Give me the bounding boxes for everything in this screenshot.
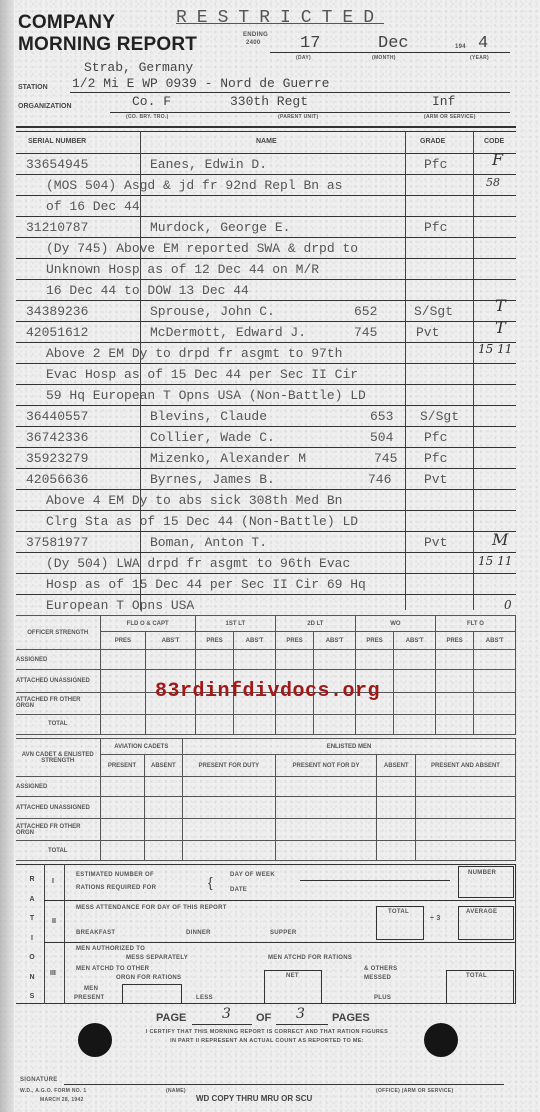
row-serial: 36440557 — [26, 409, 88, 424]
year-prefix: 194 — [455, 44, 466, 50]
atchd-label-2: ORGN FOR RATIONS — [116, 975, 181, 981]
plus-label: PLUS — [374, 995, 391, 1001]
table-rule — [16, 237, 516, 238]
row-remark: (Dy 504) LWA drpd fr asgmt to 96th Evac — [46, 556, 350, 571]
row-serial: 37581977 — [26, 535, 88, 550]
signature-label: SIGNATURE — [20, 1077, 58, 1083]
table-header-rule — [16, 153, 516, 154]
row-serial: 42051612 — [26, 325, 88, 340]
row-serial: 42056636 — [26, 472, 88, 487]
year-caption: (YEAR) — [470, 55, 489, 61]
row-remark: European T Opns USA — [46, 598, 194, 613]
row-label: TOTAL — [16, 841, 100, 861]
row-grade: Pfc — [424, 220, 447, 235]
header-separator-2 — [16, 131, 516, 132]
row-name: Boman, Anton T. — [150, 535, 267, 550]
row-serial: 31210787 — [26, 220, 88, 235]
row-remark: Above 4 EM Dy to abs sick 308th Med Bn — [46, 493, 342, 508]
col-header: ABSENT — [144, 755, 183, 777]
form-date: MARCH 28, 1942 — [40, 1097, 84, 1103]
auth-label-1: MEN AUTHORIZED TO — [76, 946, 145, 952]
row-grade: Pvt — [416, 325, 439, 340]
table-rule — [16, 321, 516, 322]
row-label: ASSIGNED — [16, 777, 100, 797]
of-label: OF — [256, 1012, 271, 1024]
pages-total: 3 — [296, 1006, 305, 1022]
auth-label-2: MESS SEPARATELY — [126, 955, 188, 961]
organization-underline — [110, 112, 510, 113]
station-underline — [70, 92, 510, 93]
margin-note: T — [495, 296, 506, 315]
row-mos: 745 — [374, 451, 397, 466]
table-rule — [16, 426, 516, 427]
row-label: ATTACHED UNASSIGNED — [16, 797, 100, 819]
col-header: ABSENT — [377, 755, 416, 777]
row-grade: Pfc — [424, 451, 447, 466]
row-remark: (Dy 745) Above EM reported SWA & drpd to — [46, 241, 358, 256]
col-header-name: NAME — [256, 138, 277, 145]
number-label: NUMBER — [468, 870, 496, 876]
report-year: 4 — [478, 34, 488, 53]
organization-label: ORGANIZATION — [18, 103, 72, 110]
header-separator — [16, 126, 516, 128]
row-label: ATTACHED UNASSIGNED — [16, 670, 100, 692]
day-of-week-label: DAY OF WEEK — [230, 872, 275, 878]
pages-label: PAGES — [332, 1012, 370, 1024]
table-rule — [16, 552, 516, 553]
col-header: PRESENT AND ABSENT — [416, 755, 516, 777]
morning-report-page: COMPANY MORNING REPORT RESTRICTED ENDING… — [0, 0, 540, 1112]
present-label: PRESENT — [74, 995, 104, 1001]
enlisted-strength-label: AVN CADET & ENLISTED STRENGTH — [16, 739, 100, 777]
col-header-serial: SERIAL NUMBER — [28, 138, 86, 145]
row-1-grade: Pfc — [424, 157, 447, 172]
office-caption: (OFFICE) (ARM OR SERVICE) — [376, 1088, 453, 1094]
subcol-header: PRES — [355, 632, 393, 650]
station-line-1: Strab, Germany — [84, 60, 193, 75]
row-label: TOTAL — [16, 714, 100, 734]
col-header: PRESENT — [100, 755, 144, 777]
group-header: 2D LT — [275, 616, 355, 632]
total-label: TOTAL — [388, 909, 409, 915]
row-grade: Pvt — [424, 472, 447, 487]
table-rule — [16, 216, 516, 217]
men-present-box[interactable] — [122, 984, 182, 1004]
row-remark: 59 Hq European T Opns USA (Non-Battle) L… — [46, 388, 366, 403]
row-serial: 36742336 — [26, 430, 88, 445]
grand-total-label: TOTAL — [466, 973, 487, 979]
table-rule — [16, 489, 516, 490]
ending-label: ENDING — [243, 32, 268, 38]
subcol-header: ABS'T — [234, 632, 276, 650]
organization-parent: 330th Regt — [230, 94, 308, 109]
station-label: STATION — [18, 84, 48, 91]
scan-edge-shadow — [0, 0, 14, 1112]
col-header: PRESENT FOR DUTY — [183, 755, 275, 777]
row-name: McDermott, Edward J. — [150, 325, 306, 340]
table-rule — [16, 531, 516, 532]
row-mos: 504 — [370, 430, 393, 445]
form-number: W.D., A.G.O. FORM NO. 1 — [20, 1088, 86, 1094]
group-header: 1ST LT — [195, 616, 275, 632]
row-name: Collier, Wade C. — [150, 430, 275, 445]
subcol-header: ABS'T — [146, 632, 196, 650]
table-rule — [16, 195, 516, 196]
row-label: ATTACHED FR OTHER ORGN — [16, 692, 100, 714]
section-i-label-1: ESTIMATED NUMBER OF — [76, 872, 154, 878]
report-day: 17 — [300, 34, 320, 53]
dinner-label: DINNER — [186, 930, 211, 936]
table-rule — [16, 258, 516, 259]
margin-note: 15 11 — [478, 342, 512, 356]
margin-note: F — [492, 150, 503, 169]
punch-hole-right — [424, 1023, 458, 1057]
form-title-morning-report: MORNING REPORT — [18, 34, 197, 56]
row-grade: S/Sgt — [414, 304, 453, 319]
col-header: PRESENT NOT FOR DY — [275, 755, 377, 777]
rations-side-label: RATIONS — [28, 870, 36, 1007]
table-rule — [16, 342, 516, 343]
page-number-line — [192, 1024, 252, 1025]
others-label-2: MESSED — [364, 975, 391, 981]
margin-note: 0 — [504, 598, 512, 612]
row-remark: (MOS 504) Asgd & jd fr 92nd Repl Bn as — [46, 178, 342, 193]
row-name: Byrnes, James B. — [150, 472, 275, 487]
name-caption: (NAME) — [166, 1088, 186, 1094]
mess-attendance-label: MESS ATTENDANCE FOR DAY OF THIS REPORT — [76, 905, 227, 911]
men-label: MEN — [84, 986, 98, 992]
row-mos: 746 — [368, 472, 391, 487]
punch-hole-left — [78, 1023, 112, 1057]
row-mos: 652 — [354, 304, 377, 319]
row-serial: 34389236 — [26, 304, 88, 319]
group-header: WO — [355, 616, 435, 632]
row-name: Murdock, George E. — [150, 220, 290, 235]
officer-strength-table: OFFICER STRENGTH FLD O & CAPT 1ST LT 2D … — [16, 615, 516, 735]
section-i-label-2: RATIONS REQUIRED FOR — [76, 885, 156, 891]
group-header: FLD O & CAPT — [100, 616, 195, 632]
subcol-header: PRES — [195, 632, 233, 650]
arm-caption: (ARM OR SERVICE) — [424, 114, 476, 120]
officer-strength-label: OFFICER STRENGTH — [16, 616, 100, 650]
row-label: ASSIGNED — [16, 650, 100, 670]
table-rule — [16, 573, 516, 574]
row-mos: 745 — [354, 325, 377, 340]
brace-icon: { — [208, 874, 213, 890]
day-caption: (DAY) — [296, 55, 311, 61]
table-rule — [16, 468, 516, 469]
table-rule — [16, 174, 516, 175]
row-serial: 35923279 — [26, 451, 88, 466]
certification-text: I CERTIFY THAT THIS MORNING REPORT IS CO… — [142, 1028, 392, 1046]
divide-by-three: ÷ 3 — [430, 915, 441, 922]
section-i-number: I — [52, 878, 54, 885]
others-label-1: & OTHERS — [364, 966, 397, 972]
page-label: PAGE — [156, 1012, 186, 1024]
margin-note: M — [492, 530, 508, 549]
col-divider-name — [405, 132, 406, 610]
table-rule — [16, 279, 516, 280]
section-iii-number: III — [50, 970, 56, 977]
row-remark: Clrg Sta as of 15 Dec 44 (Non-Battle) LD — [46, 514, 358, 529]
row-grade: Pvt — [424, 535, 447, 550]
copy-routing-note: WD COPY THRU MRU OR SCU — [196, 1094, 312, 1103]
ending-time: 2400 — [246, 40, 261, 46]
row-label: ATTACHED FR OTHER ORGN — [16, 819, 100, 841]
subcol-header: ABS'T — [474, 632, 516, 650]
signature-line[interactable] — [64, 1084, 504, 1085]
table-rule — [16, 363, 516, 364]
less-label: LESS — [196, 995, 213, 1001]
company-caption: (CO. BRY. TRO.) — [126, 114, 169, 120]
subcol-header: ABS'T — [314, 632, 356, 650]
table-rule — [16, 594, 516, 595]
row-remark: Hosp as of 15 Dec 44 per Sec II Cir 69 H… — [46, 577, 366, 592]
row-grade: Pfc — [424, 430, 447, 445]
margin-note: T — [495, 318, 506, 337]
organization-company: Co. F — [132, 94, 171, 109]
classification-stamp: RESTRICTED — [176, 8, 384, 28]
rations-rule — [44, 942, 516, 943]
rations-divider — [64, 864, 65, 1004]
row-name: Sprouse, John C. — [150, 304, 275, 319]
report-month: Dec — [378, 34, 409, 53]
row-name: Blevins, Claude — [150, 409, 267, 424]
date-label: DATE — [230, 887, 247, 893]
subcol-header: PRES — [100, 632, 146, 650]
row-mos: 653 — [370, 409, 393, 424]
row-remark: of 16 Dec 44 — [46, 199, 140, 214]
group-header: ENLISTED MEN — [183, 739, 516, 755]
table-rule — [16, 405, 516, 406]
margin-note: 58 — [486, 176, 500, 189]
row-grade: S/Sgt — [420, 409, 459, 424]
enlisted-strength-table: AVN CADET & ENLISTED STRENGTH AVIATION C… — [16, 738, 516, 861]
row-remark: Evac Hosp as of 15 Dec 44 per Sec II Cir — [46, 367, 358, 382]
col-header-code: CODE — [484, 138, 504, 145]
margin-note: 15 11 — [478, 554, 512, 568]
subcol-header: ABS'T — [394, 632, 436, 650]
row-remark: 16 Dec 44 to DOW 13 Dec 44 — [46, 283, 249, 298]
pages-total-line — [276, 1024, 328, 1025]
form-title-company: COMPANY — [18, 12, 115, 34]
breakfast-label: BREAKFAST — [76, 930, 115, 936]
parent-caption: (PARENT UNIT) — [278, 114, 318, 120]
supper-label: SUPPER — [270, 930, 296, 936]
page-number: 3 — [222, 1006, 231, 1022]
col-divider-grade — [473, 132, 474, 610]
rations-divider — [44, 864, 45, 1004]
subcol-header: PRES — [275, 632, 313, 650]
table-rule — [16, 510, 516, 511]
station-line-2: 1/2 Mi E WP 0939 - Nord de Guerre — [72, 76, 329, 91]
group-header: AVIATION CADETS — [100, 739, 183, 755]
group-header: FLT O — [435, 616, 515, 632]
subcol-header: PRES — [435, 632, 473, 650]
month-caption: (MONTH) — [372, 55, 396, 61]
organization-arm: Inf — [432, 94, 455, 109]
table-rule — [16, 384, 516, 385]
day-of-week-field[interactable] — [300, 880, 450, 881]
row-name: Mizenko, Alexander M — [150, 451, 306, 466]
row-1-serial: 33654945 — [26, 157, 88, 172]
average-label: AVERAGE — [466, 909, 497, 915]
watermark: 83rdinfdivdocs.org — [155, 680, 380, 703]
table-rule — [16, 300, 516, 301]
row-remark: Unknown Hosp as of 12 Dec 44 on M/R — [46, 262, 319, 277]
row-1-name: Eanes, Edwin D. — [150, 157, 267, 172]
net-label: NET — [286, 973, 299, 979]
col-header-grade: GRADE — [420, 138, 445, 145]
rations-rule — [44, 900, 516, 901]
table-rule — [16, 447, 516, 448]
section-ii-number: II — [52, 918, 56, 925]
atchd-label-1: MEN ATCHD TO OTHER — [76, 966, 149, 972]
atchd-for-rations-label: MEN ATCHD FOR RATIONS — [268, 955, 352, 961]
row-remark: Above 2 EM Dy to drpd fr asgmt to 97th — [46, 346, 342, 361]
